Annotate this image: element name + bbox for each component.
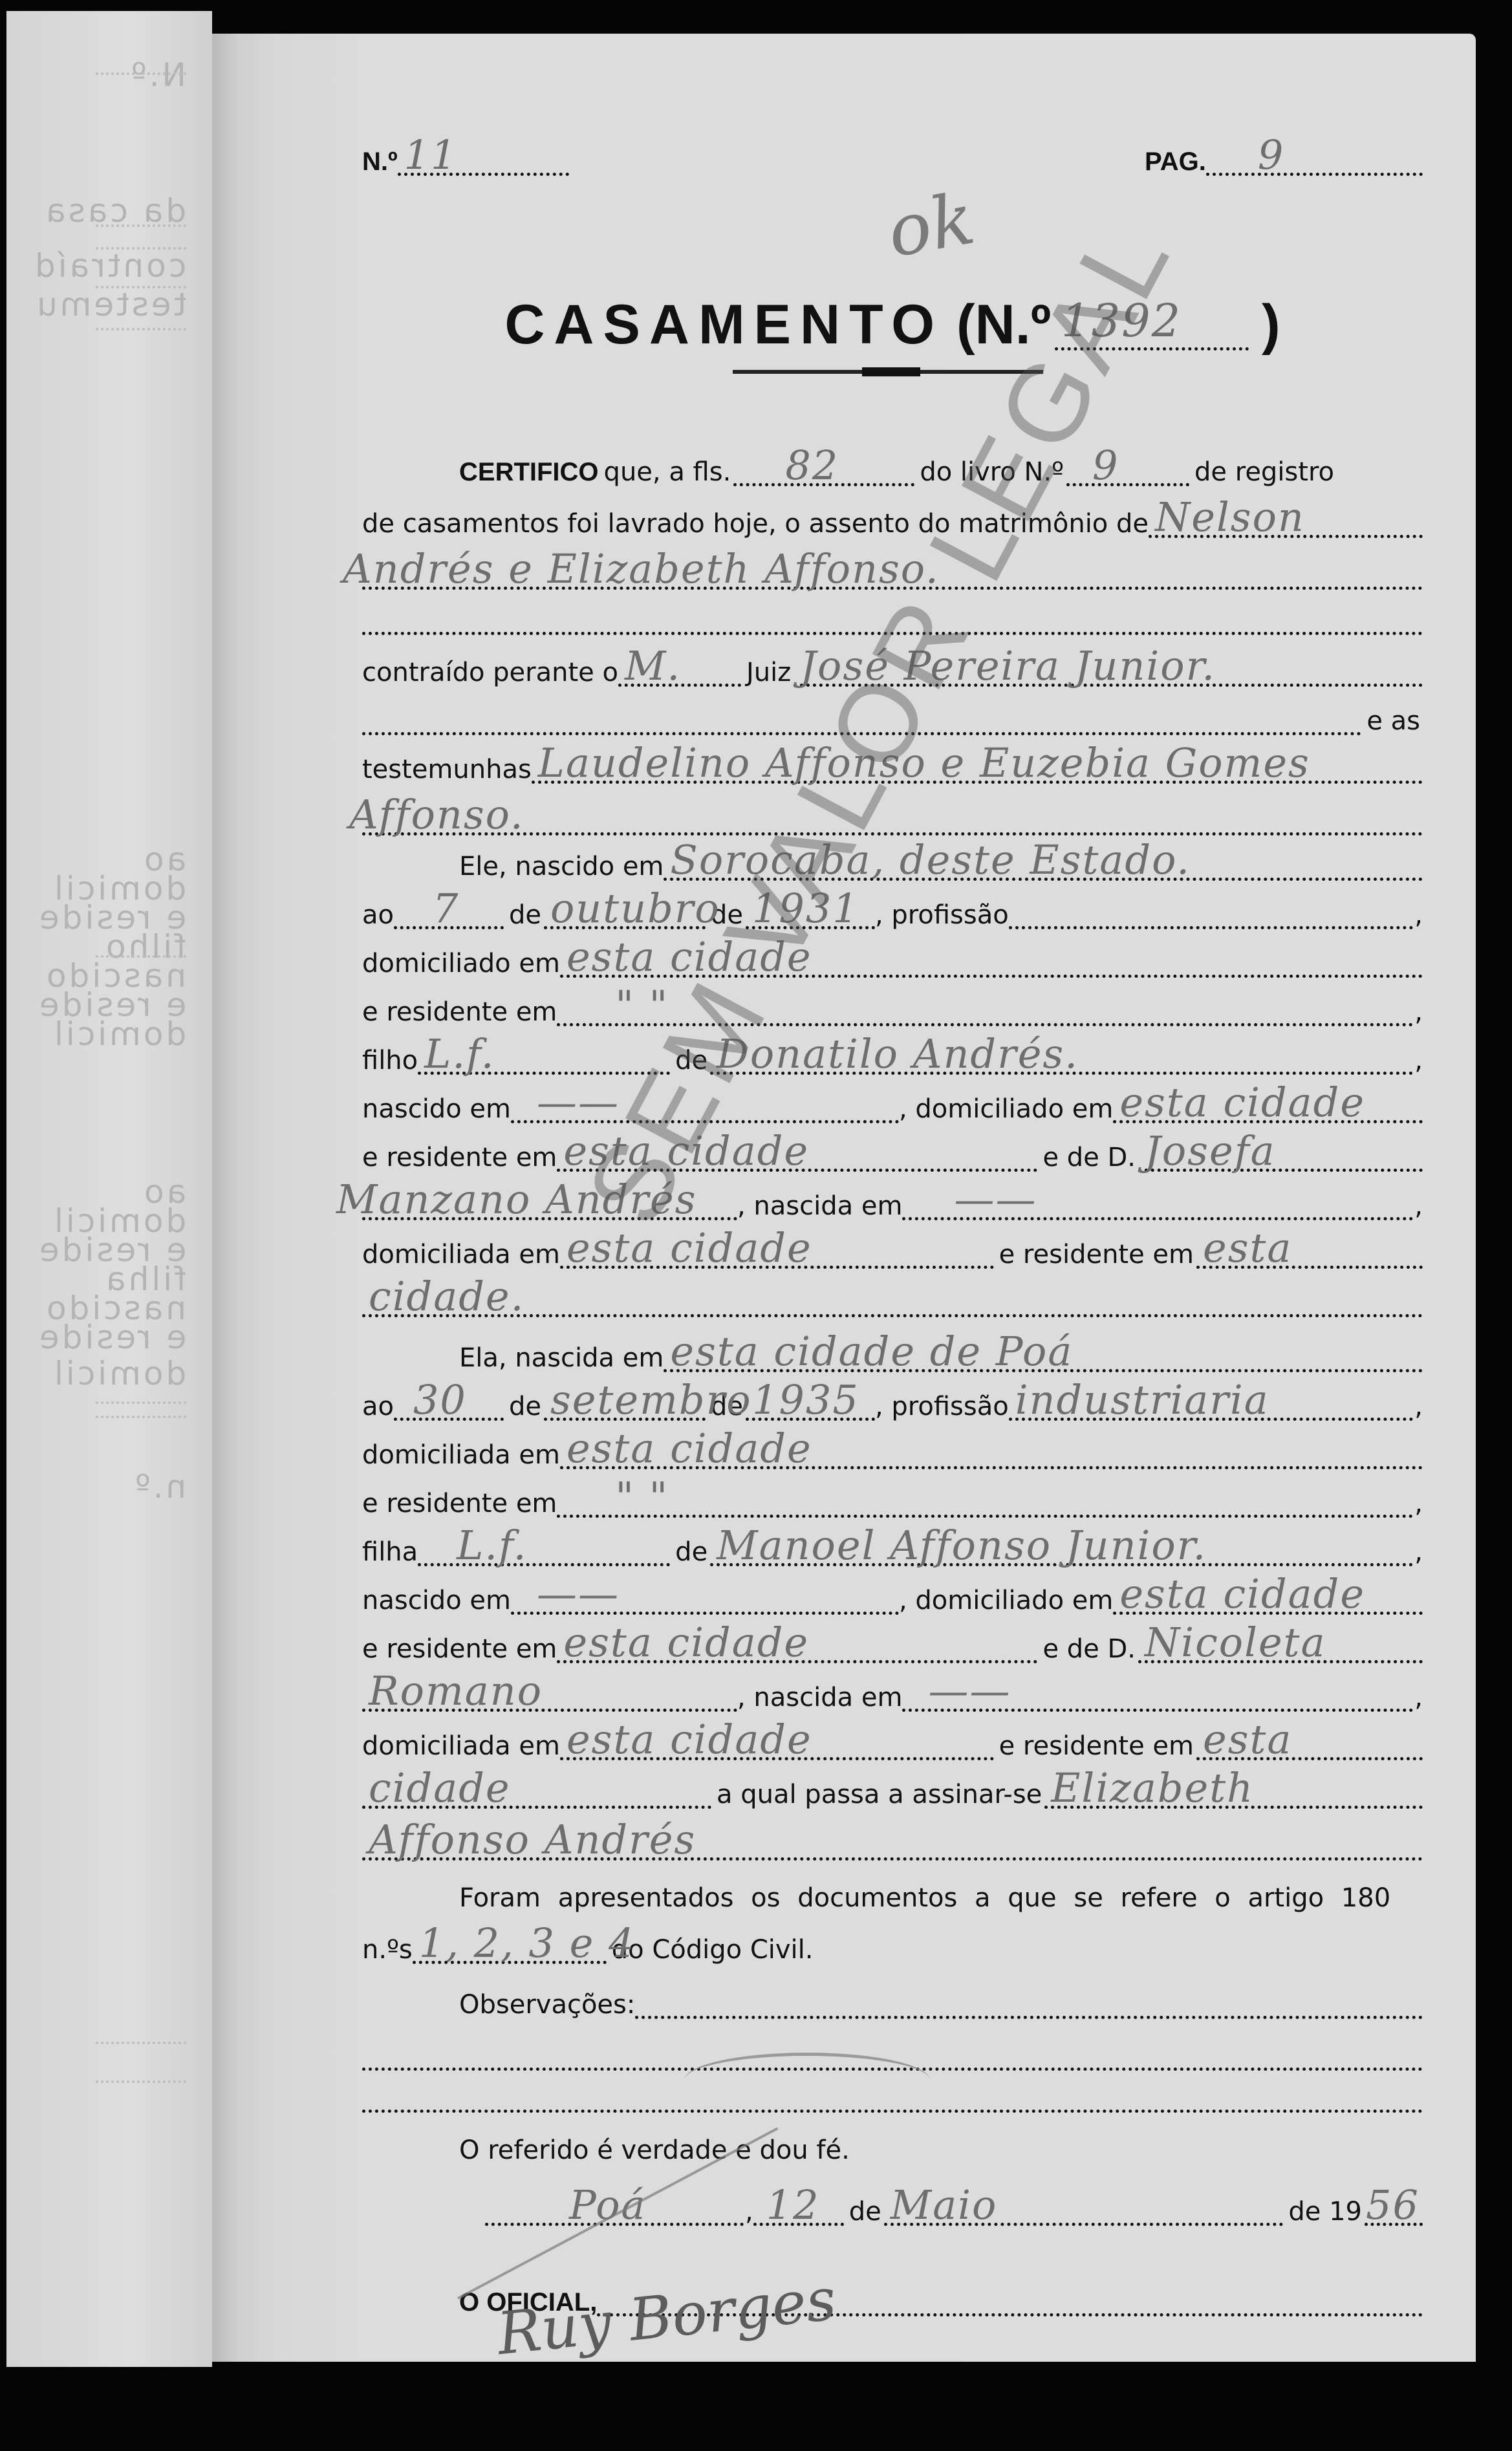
certifico-row: CERTIFICO que, a fls. 82 do livro N.º 9 …	[362, 448, 1423, 486]
month-value: Maio	[891, 2185, 998, 2225]
comma: ,	[1414, 1685, 1423, 1712]
groom-father-domicile-value: esta cidade	[1119, 1083, 1365, 1123]
groom-filho-label: filho	[362, 1048, 418, 1075]
bride-new-name-value-2: Affonso Andrés	[369, 1820, 696, 1860]
page-label: PAG.	[1145, 149, 1206, 176]
bride-mother-name-value-1: Nicoleta	[1145, 1623, 1326, 1663]
groom-father-residente-label: e residente em	[362, 1145, 557, 1172]
folio-value: 82	[785, 446, 839, 486]
e-as-row: e as	[362, 696, 1423, 735]
bride-profession-value: industriaria	[1015, 1380, 1269, 1420]
bride-birth-month-field[interactable]: setembro	[544, 1387, 706, 1421]
bride-father-domiciliado-label: , domiciliado em	[899, 1588, 1113, 1615]
comma: ,	[745, 2199, 753, 2226]
que-fls-label: que, a fls.	[604, 459, 731, 486]
groom-birthplace-field[interactable]: Sorocaba, deste Estado.	[664, 847, 1423, 881]
groom-mother-domicile-row: domiciliada em esta cidade e residente e…	[362, 1230, 1423, 1269]
bride-father-residence-field[interactable]: esta cidade	[557, 1629, 1037, 1663]
bride-birthplace-row: Ela, nascida em esta cidade de Poá	[362, 1333, 1423, 1372]
bride-father-domicile-field[interactable]: esta cidade	[1113, 1581, 1423, 1615]
previous-page-text: contraíd	[32, 247, 186, 285]
witnesses-row-2: Affonso.	[362, 797, 1423, 836]
documents-numbers-row: n.ºs 1, 2, 3 e 4 do Código Civil.	[362, 1925, 1423, 1964]
judge-name-value: José Pereira Junior.	[800, 646, 1216, 686]
bride-mother-residence-value-1: esta	[1203, 1720, 1292, 1760]
groom-father-row: filho L.f. de Donatilo Andrés. ,	[362, 1036, 1423, 1075]
bride-birthplace-value: esta cidade de Poá	[670, 1332, 1073, 1372]
bride-mother-residence-value-2: cidade	[369, 1768, 511, 1808]
title-ornament	[733, 370, 1043, 374]
bride-father-de-label: de	[675, 1539, 707, 1566]
entry-number-field[interactable]: 11	[398, 142, 569, 176]
spouses-field-2[interactable]: Andrés e Elizabeth Affonso.	[362, 556, 1423, 590]
bride-mother-birthplace-field[interactable]: ——	[902, 1678, 1413, 1712]
page-number-value: 9	[1258, 135, 1284, 175]
certifico-label: CERTIFICO	[459, 459, 599, 486]
spouses-row: Andrés e Elizabeth Affonso.	[362, 551, 1423, 590]
number-label: N.º	[362, 149, 398, 176]
groom-mother-birthplace-field[interactable]: ——	[902, 1186, 1413, 1220]
witnesses-row: testemunhas Laudelino Affonso e Euzebia …	[362, 745, 1423, 784]
groom-birth-year-field[interactable]: 1931	[746, 895, 875, 929]
bride-new-name-row-2: Affonso Andrés	[362, 1822, 1423, 1861]
bride-birth-month-value: setembro	[550, 1380, 752, 1420]
groom-residence-row: e residente em " " ,	[362, 988, 1423, 1026]
bride-filiation-value: L.f.	[457, 1526, 527, 1566]
comma: ,	[1414, 902, 1423, 929]
marriage-form: N.º 11 PAG. 9 CASAMENTO (N.º 1392 )	[362, 34, 1423, 2362]
bride-birthdate-row: ao 30 de setembro de 1935 , profissão in…	[362, 1382, 1423, 1421]
certificate-page: ok N.º 11 PAG. 9 CASAMENTO (N.º 1392	[212, 34, 1476, 2362]
spouses-field-1[interactable]: Nelson	[1149, 504, 1423, 538]
bride-residence-row: e residente em " " ,	[362, 1479, 1423, 1518]
bride-filha-label: filha	[362, 1539, 418, 1566]
bride-father-residence-row: e residente em esta cidade e de D. Nicol…	[362, 1625, 1423, 1663]
groom-mother-domiciliada-label: domiciliada em	[362, 1242, 560, 1269]
groom-filiation-field[interactable]: L.f.	[418, 1041, 670, 1075]
groom-father-domicile-field[interactable]: esta cidade	[1113, 1089, 1423, 1123]
groom-domicile-field[interactable]: esta cidade	[560, 944, 1423, 978]
bride-new-name-field[interactable]: Elizabeth	[1044, 1775, 1423, 1809]
month-field[interactable]: Maio	[884, 2192, 1284, 2226]
judge-row: contraído perante o M. Juiz José Pereira…	[362, 648, 1423, 687]
comma: ,	[1414, 1394, 1423, 1421]
document-title: CASAMENTO	[504, 293, 944, 357]
bride-nascida-label: Ela, nascida em	[459, 1345, 664, 1372]
groom-birthdate-row: ao 7 de outubro de 1931 , profissão ,	[362, 891, 1423, 929]
groom-mother-residence-value-2: cidade.	[369, 1277, 524, 1317]
groom-birth-year-value: 1931	[752, 889, 859, 929]
groom-father-birth-row: nascido em —— , domiciliado em esta cida…	[362, 1085, 1423, 1123]
groom-mother-residente-label: e residente em	[999, 1242, 1194, 1269]
groom-mother-label: e de D.	[1042, 1145, 1136, 1172]
bride-domicile-field[interactable]: esta cidade	[560, 1435, 1423, 1469]
groom-mother-domicile-field[interactable]: esta cidade	[560, 1235, 994, 1269]
bride-father-row: filha L.f. de Manoel Affonso Junior. ,	[362, 1528, 1423, 1566]
spouses-value-1: Nelson	[1155, 497, 1305, 537]
bride-mother-domicile-field[interactable]: esta cidade	[560, 1726, 994, 1760]
bride-mother-birthplace-value: ——	[928, 1671, 1011, 1711]
year-prefix-label: de 19	[1288, 2199, 1362, 2226]
previous-page-dots	[96, 1416, 186, 1418]
title-close-paren: )	[1262, 293, 1280, 357]
testemunhas-label: testemunhas	[362, 757, 532, 784]
groom-mother-nascida-label: , nascida em	[737, 1193, 902, 1220]
bride-residence-field[interactable]: " "	[557, 1484, 1413, 1518]
groom-ao-label: ao	[362, 902, 394, 929]
bride-father-domicile-value: esta cidade	[1119, 1574, 1365, 1614]
groom-domiciliado-label: domiciliado em	[362, 951, 560, 978]
bride-new-name-row: cidade a qual passa a assinar-se Elizabe…	[362, 1770, 1423, 1809]
documents-nos-label: n.ºs	[362, 1937, 413, 1964]
groom-profissao-label: , profissão	[875, 902, 1009, 929]
groom-mother-name-field[interactable]: Josefa	[1138, 1138, 1423, 1172]
bride-domiciliada-label: domiciliada em	[362, 1442, 560, 1469]
judge-continuation-field[interactable]	[362, 701, 1361, 735]
previous-page-dots	[96, 328, 186, 330]
groom-mother-row: Manzano Andrés , nascida em —— ,	[362, 1182, 1423, 1220]
groom-birthplace-row: Ele, nascido em Sorocaba, deste Estado.	[362, 842, 1423, 881]
previous-page-dots	[96, 1401, 186, 1404]
bride-mother-domiciliada-label: domiciliada em	[362, 1733, 560, 1760]
bride-mother-name-field[interactable]: Nicoleta	[1138, 1629, 1423, 1663]
matrimonio-row: de casamentos foi lavrado hoje, o assent…	[362, 499, 1423, 538]
documents-row: Foram apresentados os documentos a que s…	[362, 1873, 1423, 1912]
previous-page-dots	[96, 224, 186, 227]
folio-field[interactable]: 82	[733, 452, 914, 486]
bride-birth-year-value: 1935	[752, 1380, 859, 1420]
bride-mother-residence-field[interactable]: esta	[1196, 1726, 1423, 1760]
judge-title-field[interactable]: M.	[618, 653, 741, 687]
year-field[interactable]: 56	[1365, 2192, 1423, 2226]
bride-father-name-field[interactable]: Manoel Affonso Junior.	[710, 1532, 1413, 1566]
bride-father-nascido-label: nascido em	[362, 1588, 511, 1615]
entry-number-value: 11	[404, 135, 458, 175]
marriage-number-value: 1392	[1061, 294, 1182, 347]
bride-mother-nascida-label: , nascida em	[737, 1685, 902, 1712]
bride-mother-domicile-row: domiciliada em esta cidade e residente e…	[362, 1722, 1423, 1760]
comma: ,	[1414, 1193, 1423, 1220]
groom-father-name-value: Donatilo Andrés.	[717, 1034, 1079, 1074]
bride-ao-label: ao	[362, 1394, 394, 1421]
groom-birth-day-value: 7	[433, 889, 459, 929]
day-value: 12	[766, 2185, 820, 2225]
attestation-row: O referido é verdade e dou fé.	[362, 2126, 1423, 2165]
bride-new-name-field-2[interactable]: Affonso Andrés	[362, 1826, 1423, 1861]
groom-mother-surname-field[interactable]: Manzano Andrés	[362, 1186, 737, 1220]
groom-birth-month-field[interactable]: outubro	[544, 895, 706, 929]
bride-birth-day-value: 30	[413, 1380, 467, 1420]
title-row: CASAMENTO (N.º 1392 )	[362, 286, 1423, 357]
strike-curve	[684, 2053, 930, 2108]
year-value: 56	[1366, 2185, 1420, 2225]
spouses-value-2: Andrés e Elizabeth Affonso.	[343, 549, 940, 589]
previous-page-edge: N.º da casa contraíd testemu ao domicil …	[6, 11, 212, 2367]
city-field[interactable]: Poá	[485, 2192, 744, 2226]
groom-filiation-value: L.f.	[424, 1034, 495, 1074]
bride-father-birth-row: nascido em —— , domiciliado em esta cida…	[362, 1576, 1423, 1615]
groom-father-residence-value: esta cidade	[563, 1131, 809, 1171]
groom-profession-field[interactable]	[1009, 895, 1414, 929]
groom-mother-birthplace-value: ——	[954, 1180, 1037, 1220]
comma: ,	[1414, 999, 1423, 1026]
contraido-label: contraído perante o	[362, 660, 618, 687]
bride-mother-domicile-value: esta cidade	[567, 1720, 812, 1760]
observations-label: Observações:	[459, 1992, 635, 2019]
bride-father-name-value: Manoel Affonso Junior.	[717, 1526, 1207, 1566]
previous-page-text: N.º	[129, 56, 186, 94]
groom-father-residence-row: e residente em esta cidade e de D. Josef…	[362, 1133, 1423, 1172]
groom-nascido-label: Ele, nascido em	[459, 854, 664, 881]
bride-residente-label: e residente em	[362, 1491, 557, 1518]
bride-birthplace-field[interactable]: esta cidade de Poá	[664, 1338, 1423, 1372]
bride-residence-value: " "	[615, 1477, 669, 1517]
bride-domicile-row: domiciliada em esta cidade	[362, 1431, 1423, 1469]
bride-de-label: de	[509, 1394, 541, 1421]
bride-father-residente-label: e residente em	[362, 1636, 557, 1663]
bride-mother-name-value-2: Romano	[369, 1671, 543, 1711]
marriage-number-field[interactable]: 1392	[1055, 302, 1249, 351]
book-number-value: 9	[1092, 446, 1119, 486]
bride-mother-label: e de D.	[1042, 1636, 1136, 1663]
groom-father-birthplace-field[interactable]: ——	[511, 1089, 899, 1123]
previous-page-dots	[96, 2042, 186, 2044]
groom-mother-name-value-2: Manzano Andrés	[336, 1180, 697, 1220]
documents-text: Foram apresentados os documentos a que s…	[459, 1885, 1390, 1912]
previous-page-dots	[96, 955, 186, 958]
previous-page-text: domicil	[52, 1015, 186, 1053]
previous-page-dots	[96, 72, 186, 75]
date-de-label: de	[849, 2199, 881, 2226]
groom-mother-residence-field[interactable]: esta	[1196, 1235, 1423, 1269]
civil-code-label: do Código Civil.	[612, 1937, 814, 1964]
documents-numbers-field[interactable]: 1, 2, 3 e 4	[413, 1930, 607, 1964]
observations-row: Observações:	[362, 1980, 1423, 2019]
bride-filiation-field[interactable]: L.f.	[418, 1532, 670, 1566]
bride-father-birthplace-value: ——	[537, 1574, 620, 1614]
previous-page-text: domicil	[52, 1355, 186, 1392]
livro-label: do livro N.º	[920, 459, 1064, 486]
bride-mother-row: Romano , nascida em —— ,	[362, 1673, 1423, 1712]
e-as-label: e as	[1366, 708, 1420, 735]
groom-domicile-row: domiciliado em esta cidade	[362, 939, 1423, 978]
comma: ,	[1414, 1539, 1423, 1566]
witnesses-value-1: Laudelino Affonso e Euzebia Gomes	[538, 743, 1310, 783]
witnesses-field-2[interactable]: Affonso.	[362, 801, 1423, 836]
blank-row	[362, 596, 1423, 635]
groom-mother-name-value-1: Josefa	[1145, 1131, 1276, 1171]
bride-profession-field[interactable]: industriaria	[1009, 1387, 1414, 1421]
groom-birthplace-value: Sorocaba, deste Estado.	[670, 840, 1191, 880]
observations-field[interactable]	[635, 1985, 1423, 2019]
registro-label: de registro	[1194, 459, 1334, 486]
day-field[interactable]: 12	[753, 2192, 844, 2226]
groom-father-domiciliado-label: , domiciliado em	[899, 1096, 1113, 1123]
blank-field[interactable]	[362, 601, 1423, 635]
previous-page-text: n.º	[133, 1468, 186, 1506]
groom-father-birthplace-value: ——	[537, 1083, 620, 1123]
judge-title-value: M.	[625, 646, 681, 686]
matrimonio-label: de casamentos foi lavrado hoje, o assent…	[362, 511, 1149, 538]
bride-father-residence-value: esta cidade	[563, 1623, 809, 1663]
groom-father-name-field[interactable]: Donatilo Andrés.	[710, 1041, 1413, 1075]
documents-numbers-value: 1, 2, 3 e 4	[419, 1923, 636, 1963]
bride-father-birthplace-field[interactable]: ——	[511, 1581, 899, 1615]
previous-page-text: e reside	[37, 1319, 186, 1356]
bride-assinar-label: a qual passa a assinar-se	[717, 1782, 1042, 1809]
judge-name-field[interactable]: José Pereira Junior.	[794, 653, 1423, 687]
groom-father-nascido-label: nascido em	[362, 1096, 511, 1123]
attestation-text: O referido é verdade e dou fé.	[459, 2137, 850, 2165]
bride-mother-residence-field-2[interactable]: cidade	[362, 1775, 711, 1809]
bride-birth-year-field[interactable]: 1935	[746, 1387, 875, 1421]
comma: ,	[1414, 1048, 1423, 1075]
bride-mother-residente-label: e residente em	[999, 1733, 1194, 1760]
groom-birth-day-field[interactable]: 7	[394, 895, 504, 929]
groom-residence-field[interactable]: " "	[557, 992, 1413, 1026]
groom-mother-residence-value-1: esta	[1203, 1228, 1292, 1268]
previous-page-dots	[96, 2080, 186, 2083]
book-number-field[interactable]: 9	[1066, 452, 1189, 486]
juiz-label: Juiz	[746, 660, 791, 687]
header-row: N.º 11 PAG. 9	[362, 137, 1423, 176]
bride-profissao-label: , profissão	[875, 1394, 1009, 1421]
groom-residente-label: e residente em	[362, 999, 557, 1026]
page-number-field[interactable]: 9	[1206, 142, 1423, 176]
groom-father-de-label: de	[675, 1048, 707, 1075]
bride-domicile-value: esta cidade	[567, 1429, 812, 1469]
groom-mother-residence-row: cidade.	[362, 1279, 1423, 1317]
groom-mother-domicile-value: esta cidade	[567, 1228, 812, 1268]
bride-birth-day-field[interactable]: 30	[394, 1387, 504, 1421]
witnesses-field-1[interactable]: Laudelino Affonso e Euzebia Gomes	[532, 750, 1423, 784]
place-date-row: Poá , 12 de Maio de 19 56	[362, 2187, 1423, 2226]
groom-mother-residence-field-2[interactable]: cidade.	[362, 1283, 1423, 1317]
groom-birth-month-value: outubro	[550, 889, 720, 929]
previous-page-text: testemu	[34, 286, 186, 323]
bride-mother-surname-field[interactable]: Romano	[362, 1678, 737, 1712]
groom-de-label: de	[509, 902, 541, 929]
comma: ,	[1414, 1491, 1423, 1518]
groom-father-residence-field[interactable]: esta cidade	[557, 1138, 1037, 1172]
witnesses-value-2: Affonso.	[349, 795, 524, 835]
groom-residence-value: " "	[615, 986, 669, 1026]
title-number-label: (N.º	[956, 293, 1051, 357]
bride-new-name-value-1: Elizabeth	[1051, 1768, 1254, 1808]
groom-domicile-value: esta cidade	[567, 937, 812, 977]
